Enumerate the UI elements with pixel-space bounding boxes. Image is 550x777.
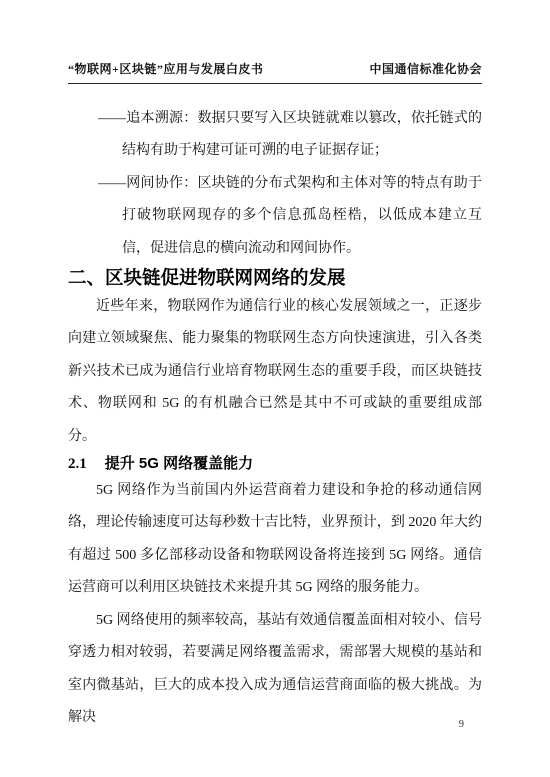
page-number: 9	[459, 719, 464, 730]
document-body: ——追本溯源：数据只要写入区块链就难以篡改，依托链式的结构有助于构建可证可溯的电…	[68, 103, 482, 734]
subsection-title: 提升 5G 网络覆盖能力	[105, 455, 253, 472]
section-heading: 二、区块链促进物联网网络的发展	[68, 265, 482, 291]
section-intro-paragraph: 近些年来，物联网作为通信行业的核心发展领域之一，正逐步向建立领域聚焦、能力聚集的…	[68, 291, 482, 453]
header-left-title: “物联网+区块链”应用与发展白皮书	[68, 60, 263, 77]
subsection-heading: 2.1提升 5G 网络覆盖能力	[68, 453, 482, 475]
subsection-number: 2.1	[68, 456, 87, 472]
document-page: “物联网+区块链”应用与发展白皮书 中国通信标准化协会 ——追本溯源：数据只要写…	[0, 0, 550, 777]
page-header: “物联网+区块链”应用与发展白皮书 中国通信标准化协会	[68, 60, 482, 84]
header-right-title: 中国通信标准化协会	[369, 60, 482, 77]
bullet-item-internetwork-collaboration: ——网间协作：区块链的分布式架构和主体对等的特点有助于打破物联网现存的多个信息孤…	[68, 168, 482, 265]
subsection-paragraph-2: 5G 网络使用的频率较高，基站有效通信覆盖面相对较小、信号穿透力相对较弱，若要满…	[68, 605, 482, 735]
subsection-paragraph-1: 5G 网络作为当前国内外运营商着力建设和争抢的移动通信网络，理论传输速度可达每秒…	[68, 475, 482, 605]
bullet-item-trace-source: ——追本溯源：数据只要写入区块链就难以篡改，依托链式的结构有助于构建可证可溯的电…	[68, 103, 482, 168]
